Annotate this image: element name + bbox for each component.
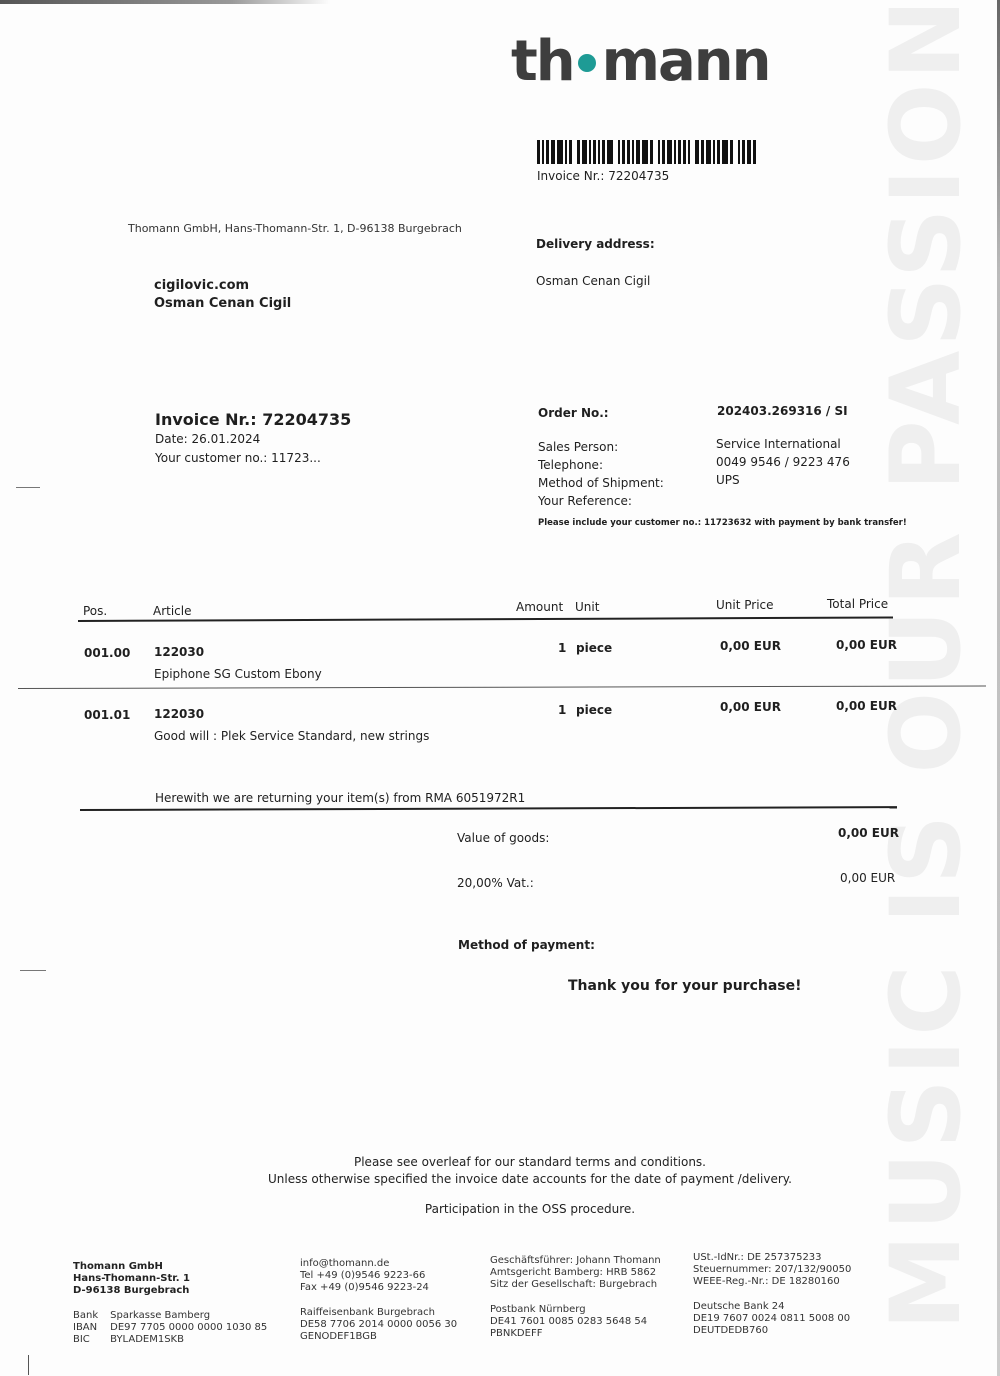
col-article: Article bbox=[153, 604, 192, 618]
row-separator bbox=[18, 685, 986, 689]
footer-tax-number: Steuernummer: 207/132/90050 bbox=[693, 1264, 851, 1276]
logo-dot-icon bbox=[578, 54, 596, 72]
scan-mark bbox=[28, 1355, 29, 1375]
payment-note: Please include your customer no.: 117236… bbox=[538, 518, 907, 528]
footer-company: Thomann GmbH Hans-Thomann-Str. 1 D-96138… bbox=[73, 1261, 190, 1297]
row-unit: piece bbox=[576, 641, 612, 655]
recipient-name: Osman Cenan Cigil bbox=[154, 296, 291, 311]
bank-label: Bank bbox=[73, 1310, 98, 1322]
bank-bic: DEUTDEDB760 bbox=[693, 1325, 850, 1337]
bank-iban: DE97 7705 0000 0000 1030 85 bbox=[110, 1322, 267, 1334]
row-amount: 1 bbox=[558, 641, 566, 655]
shipment-method-label: Method of Shipment: bbox=[538, 476, 664, 490]
shipment-method-value: UPS bbox=[716, 473, 740, 487]
footer-court-register: Amtsgericht Bamberg: HRB 5862 bbox=[490, 1267, 661, 1279]
footer-contact: info@thomann.de Tel +49 (0)9546 9223-66 … bbox=[300, 1258, 429, 1294]
value-of-goods-label: Value of goods: bbox=[457, 831, 549, 845]
thank-you-text: Thank you for your purchase! bbox=[568, 978, 802, 994]
footer-vat-id: USt.-IdNr.: DE 257375233 bbox=[693, 1252, 851, 1264]
col-unit: Unit bbox=[575, 600, 599, 614]
footer-company-street: Hans-Thomann-Str. 1 bbox=[73, 1273, 190, 1285]
delivery-name: Osman Cenan Cigil bbox=[536, 274, 650, 288]
terms-line-3: Participation in the OSS procedure. bbox=[0, 1202, 1000, 1216]
row-article-no: 122030 bbox=[154, 707, 204, 721]
footer-legal: Geschäftsführer: Johann Thomann Amtsgeri… bbox=[490, 1255, 661, 1291]
footer-tel: Tel +49 (0)9546 9223-66 bbox=[300, 1270, 429, 1282]
fold-mark bbox=[20, 970, 46, 971]
footer-bank-2: Raiffeisenbank Burgebrach DE58 7706 2014… bbox=[300, 1307, 457, 1343]
bank-name: Postbank Nürnberg bbox=[490, 1304, 647, 1316]
bank-name: Sparkasse Bamberg bbox=[110, 1310, 267, 1322]
footer-managing-director: Geschäftsführer: Johann Thomann bbox=[490, 1255, 661, 1267]
col-unit-price: Unit Price bbox=[716, 598, 774, 612]
bank-bic: BYLADEM1SKB bbox=[110, 1334, 267, 1346]
row-total-price: 0,00 EUR bbox=[836, 638, 897, 652]
footer-email[interactable]: info@thomann.de bbox=[300, 1258, 429, 1270]
row-description: Epiphone SG Custom Ebony bbox=[154, 667, 322, 681]
bank-iban: DE58 7706 2014 0000 0056 30 bbox=[300, 1319, 457, 1331]
payment-method-label: Method of payment: bbox=[458, 938, 595, 952]
bank-name: Deutsche Bank 24 bbox=[693, 1301, 850, 1313]
value-of-goods: 0,00 EUR bbox=[838, 826, 899, 840]
recipient-company: cigilovic.com bbox=[154, 278, 249, 293]
vat-label: 20,00% Vat.: bbox=[457, 876, 534, 890]
fold-mark bbox=[16, 487, 40, 488]
footer-bank-1: Bank IBAN BIC Sparkasse Bamberg DE97 770… bbox=[73, 1310, 267, 1346]
footer-bank-3: Postbank Nürnberg DE41 7601 0085 0283 56… bbox=[490, 1304, 647, 1340]
row-total-price: 0,00 EUR bbox=[836, 699, 897, 713]
vat-value: 0,00 EUR bbox=[840, 871, 895, 885]
invoice-title: Invoice Nr.: 72204735 bbox=[155, 410, 351, 429]
footer-bank-4: Deutsche Bank 24 DE19 7607 0024 0811 500… bbox=[693, 1301, 850, 1337]
terms-line-2: Unless otherwise specified the invoice d… bbox=[0, 1172, 1000, 1186]
iban-label: IBAN bbox=[73, 1322, 98, 1334]
bank-bic: GENODEF1BGB bbox=[300, 1331, 457, 1343]
logo-text-left: th bbox=[511, 29, 574, 94]
sales-person-value: Service International bbox=[716, 437, 841, 451]
bic-label: BIC bbox=[73, 1334, 98, 1346]
invoice-date: Date: 26.01.2024 bbox=[155, 432, 260, 446]
footer-tax: USt.-IdNr.: DE 257375233 Steuernummer: 2… bbox=[693, 1252, 851, 1288]
telephone-value: 0049 9546 / 9223 476 bbox=[716, 455, 850, 469]
barcode-caption: Invoice Nr.: 72204735 bbox=[537, 169, 669, 183]
barcode bbox=[537, 140, 758, 164]
footer-fax: Fax +49 (0)9546 9223-24 bbox=[300, 1282, 429, 1294]
bank-name: Raiffeisenbank Burgebrach bbox=[300, 1307, 457, 1319]
row-pos: 001.01 bbox=[84, 708, 130, 722]
telephone-label: Telephone: bbox=[538, 458, 603, 472]
footer-weee-reg: WEEE-Reg.-Nr.: DE 18280160 bbox=[693, 1276, 851, 1288]
terms-line-1: Please see overleaf for our standard ter… bbox=[0, 1155, 1000, 1169]
bank-bic: PBNKDEFF bbox=[490, 1328, 647, 1340]
row-description: Good will : Plek Service Standard, new s… bbox=[154, 729, 429, 743]
rma-note: Herewith we are returning your item(s) f… bbox=[155, 791, 525, 805]
footer-registered-office: Sitz der Gesellschaft: Burgebrach bbox=[490, 1279, 661, 1291]
logo-text-right: mann bbox=[602, 29, 770, 94]
row-article-no: 122030 bbox=[154, 645, 204, 659]
row-unit-price: 0,00 EUR bbox=[720, 639, 781, 653]
bank-iban: DE19 7607 0024 0811 5008 00 bbox=[693, 1313, 850, 1325]
row-pos: 001.00 bbox=[84, 646, 130, 660]
row-amount: 1 bbox=[558, 703, 566, 717]
thomann-logo: thmann bbox=[511, 34, 770, 90]
watermark-text: MUSIC IS OUR PASSION bbox=[870, 0, 982, 1330]
sales-person-label: Sales Person: bbox=[538, 440, 618, 454]
footer-company-name: Thomann GmbH bbox=[73, 1261, 190, 1273]
table-bottom-rule bbox=[80, 806, 897, 811]
customer-number: Your customer no.: 11723... bbox=[155, 451, 321, 465]
order-no-value: 202403.269316 / SI bbox=[717, 404, 848, 418]
order-no-label: Order No.: bbox=[538, 406, 609, 420]
delivery-address-label: Delivery address: bbox=[536, 237, 655, 251]
row-unit-price: 0,00 EUR bbox=[720, 700, 781, 714]
table-header-rule bbox=[78, 616, 893, 622]
footer-company-city: D-96138 Burgebrach bbox=[73, 1285, 190, 1297]
bank-iban: DE41 7601 0085 0283 5648 54 bbox=[490, 1316, 647, 1328]
scan-edge-top bbox=[0, 0, 330, 4]
col-total-price: Total Price bbox=[827, 597, 888, 611]
row-unit: piece bbox=[576, 703, 612, 717]
sender-line: Thomann GmbH, Hans-Thomann-Str. 1, D-961… bbox=[128, 222, 462, 235]
col-pos: Pos. bbox=[83, 604, 107, 618]
your-reference-label: Your Reference: bbox=[538, 494, 632, 508]
col-amount: Amount bbox=[516, 600, 563, 614]
